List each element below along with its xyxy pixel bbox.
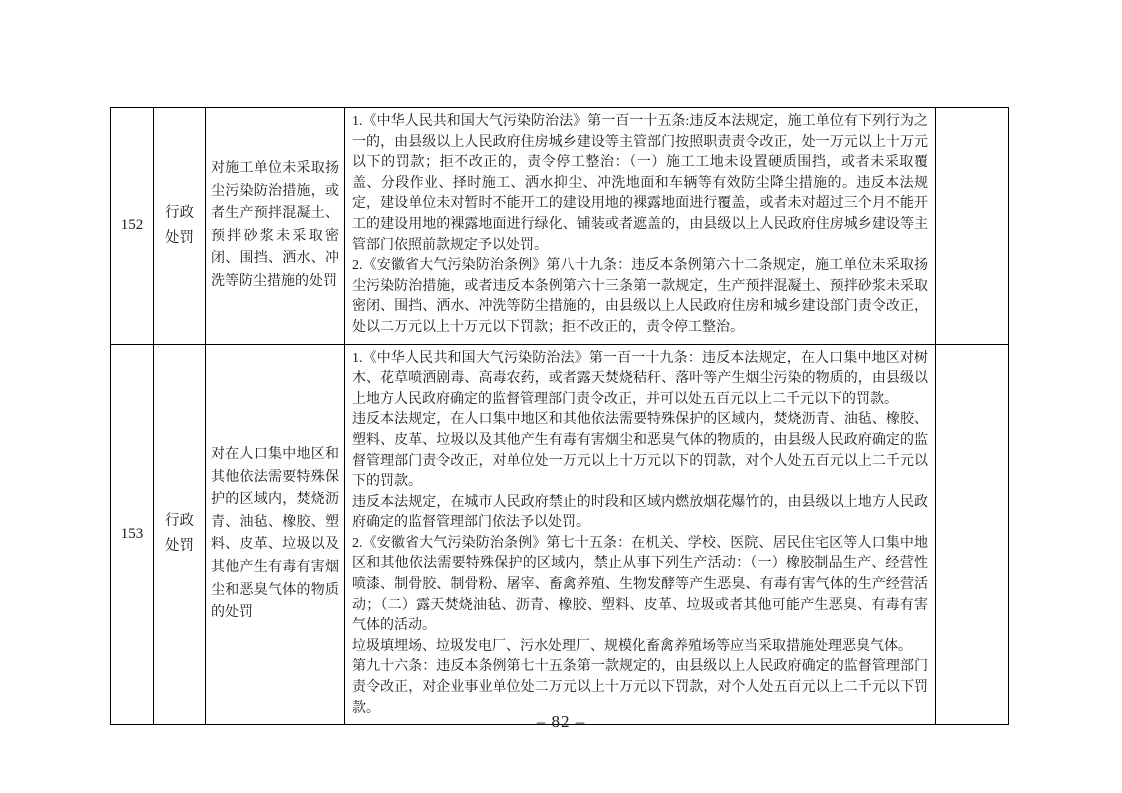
penalty-item-description: 对在人口集中地区和其他依法需要特殊保护的区域内，焚烧沥青、油毡、橡胶、塑料、皮革… (206, 344, 345, 725)
legal-basis-paragraph: 违反本法规定，在城市人民政府禁止的时段和区域内燃放烟花爆竹的，由县级以上地方人民… (352, 493, 928, 534)
legal-basis-paragraph: 1.《中华人民共和国大气污染防治法》第一百一十九条：违反本法规定，在人口集中地区… (352, 349, 928, 411)
legal-basis-cell: 1.《中华人民共和国大气污染防治法》第一百一十五条:违反本法规定，施工单位有下列… (345, 108, 936, 345)
penalty-table: 152 行政处罚 对施工单位未采取扬尘污染防治措施，或者生产预拌混凝土、预拌砂浆… (110, 107, 1009, 725)
legal-basis-paragraph: 1.《中华人民共和国大气污染防治法》第一百一十五条:违反本法规定，施工单位有下列… (352, 112, 928, 256)
remark-cell (936, 108, 1009, 345)
document-page: 152 行政处罚 对施工单位未采取扬尘污染防治措施，或者生产预拌混凝土、预拌砂浆… (0, 0, 1122, 793)
penalty-item-description: 对施工单位未采取扬尘污染防治措施，或者生产预拌混凝土、预拌砂浆未采取密闭、围挡、… (206, 108, 345, 345)
table-row-152: 152 行政处罚 对施工单位未采取扬尘污染防治措施，或者生产预拌混凝土、预拌砂浆… (111, 108, 1009, 345)
legal-basis-paragraph: 违反本法规定，在人口集中地区和其他依法需要特殊保护的区域内，焚烧沥青、油毡、橡胶… (352, 410, 928, 492)
legal-basis-paragraph: 第九十六条：违反本条例第七十五条第一款规定的，由县级以上人民政府确定的监督管理部… (352, 657, 928, 719)
row-number: 153 (111, 344, 154, 725)
table-row-153: 153 行政处罚 对在人口集中地区和其他依法需要特殊保护的区域内，焚烧沥青、油毡… (111, 344, 1009, 725)
row-number: 152 (111, 108, 154, 345)
legal-basis-paragraph: 2.《安徽省大气污染防治条例》第七十五条：在机关、学校、医院、居民住宅区等人口集… (352, 534, 928, 637)
legal-basis-paragraph: 2.《安徽省大气污染防治条例》第八十九条：违反本条例第六十二条规定，施工单位未采… (352, 256, 928, 338)
remark-cell (936, 344, 1009, 725)
legal-basis-cell: 1.《中华人民共和国大气污染防治法》第一百一十九条：违反本法规定，在人口集中地区… (345, 344, 936, 725)
penalty-type: 行政处罚 (154, 108, 206, 345)
penalty-type: 行政处罚 (154, 344, 206, 725)
legal-basis-paragraph: 垃圾填埋场、垃圾发电厂、污水处理厂、规模化畜禽养殖场等应当采取措施处理恶臭气体。 (352, 637, 928, 658)
page-number: – 82 – (0, 712, 1122, 732)
